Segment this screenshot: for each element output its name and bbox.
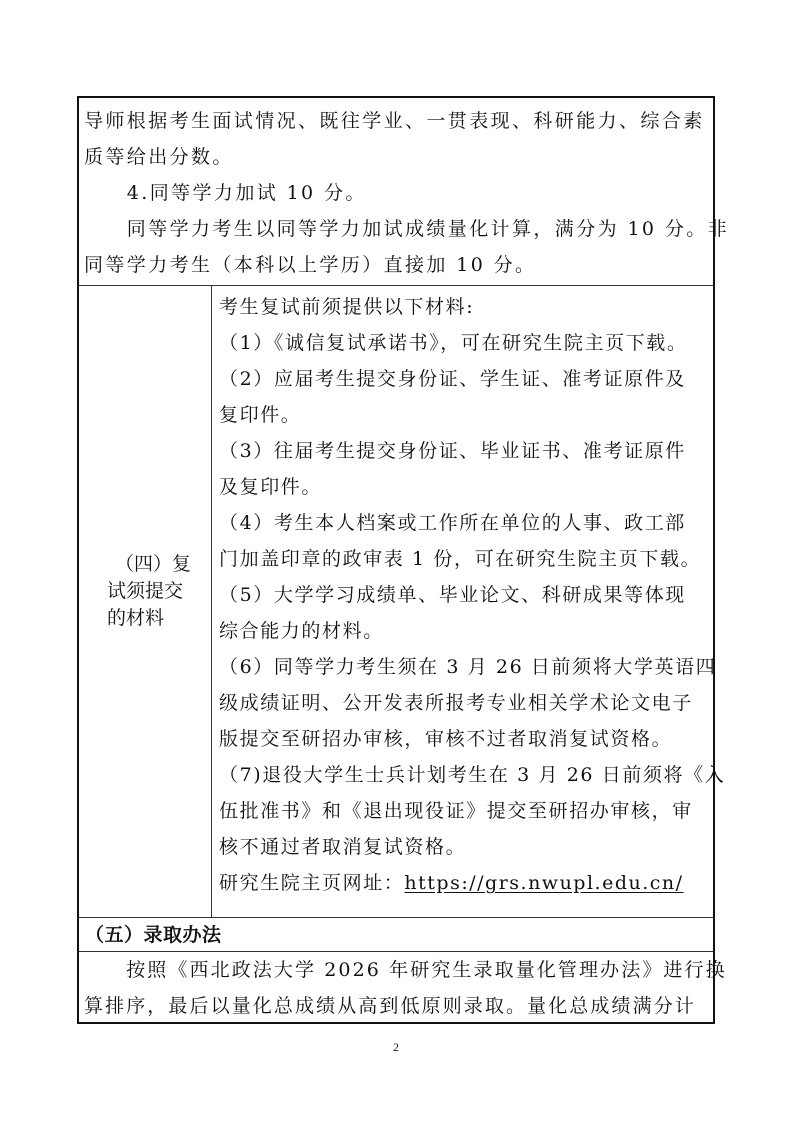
homepage-label: 研究生院主页网址：	[219, 872, 404, 894]
materials-label: （四）复 试须提交 的材料	[107, 551, 191, 632]
material-item-2-cont: 复印件。	[219, 397, 725, 433]
text-line: 算排序，最后以量化总成绩从高到低原则录取。量化总成绩满分计	[84, 988, 727, 1024]
material-item-7: （7)退役大学生士兵计划考生在 3 月 26 日前须将《入	[219, 757, 725, 793]
materials-content-cell: 考生复试前须提供以下材料: （1）《诚信复试承诺书》，可在研究生院主页下载。 （…	[212, 286, 713, 917]
material-item-7-cont2: 核不通过者取消复试资格。	[219, 829, 725, 865]
admission-table: 导师根据考生面试情况、既往学业、一贯表现、科研能力、综合素 质等给出分数。 4.…	[77, 96, 715, 1024]
label-line: 的材料	[107, 605, 191, 632]
section-title: （五）录取办法	[85, 921, 222, 949]
materials-label-cell: （四）复 试须提交 的材料	[79, 286, 212, 917]
admission-method-heading-row: （五）录取办法	[79, 918, 713, 952]
homepage-line: 研究生院主页网址：https://grs.nwupl.edu.cn/	[219, 865, 725, 901]
material-item-5: （5）大学学习成绩单、毕业论文、科研成果等体现	[219, 577, 725, 613]
material-item-4-cont: 门加盖印章的政审表 1 份，可在研究生院主页下载。	[219, 541, 725, 577]
text-line: 同等学力考生以同等学力加试成绩量化计算，满分为 10 分。非	[84, 211, 729, 247]
text-line: 4.同等学力加试 10 分。	[84, 175, 729, 211]
document-page: 导师根据考生面试情况、既往学业、一贯表现、科研能力、综合素 质等给出分数。 4.…	[0, 0, 793, 1122]
label-line: （四）复	[107, 551, 191, 578]
material-item-2: （2）应届考生提交身份证、学生证、准考证原件及	[219, 361, 725, 397]
text-line: 质等给出分数。	[84, 139, 729, 175]
page-number: 2	[393, 1040, 399, 1055]
text-line: 按照《西北政法大学 2026 年研究生录取量化管理办法》进行换	[84, 952, 727, 988]
material-item-4: （4）考生本人档案或工作所在单位的人事、政工部	[219, 505, 725, 541]
material-item-6: （6）同等学力考生须在 3 月 26 日前须将大学英语四	[219, 649, 725, 685]
material-item-1: （1）《诚信复试承诺书》，可在研究生院主页下载。	[219, 325, 725, 361]
text-line: 同等学力考生（本科以上学历）直接加 10 分。	[84, 247, 729, 283]
material-item-3: （3）往届考生提交身份证、毕业证书、准考证原件	[219, 433, 725, 469]
materials-row: （四）复 试须提交 的材料 考生复试前须提供以下材料: （1）《诚信复试承诺书》…	[79, 286, 713, 918]
scoring-paragraph: 导师根据考生面试情况、既往学业、一贯表现、科研能力、综合素 质等给出分数。 4.…	[84, 103, 729, 283]
materials-list: 考生复试前须提供以下材料: （1）《诚信复试承诺书》，可在研究生院主页下载。 （…	[219, 289, 725, 901]
label-line: 试须提交	[107, 578, 191, 605]
admission-method-row: 按照《西北政法大学 2026 年研究生录取量化管理办法》进行换 算排序，最后以量…	[79, 952, 713, 1024]
materials-intro: 考生复试前须提供以下材料:	[219, 289, 725, 325]
material-item-5-cont: 综合能力的材料。	[219, 613, 725, 649]
text-line: 导师根据考生面试情况、既往学业、一贯表现、科研能力、综合素	[84, 103, 729, 139]
material-item-3-cont: 及复印件。	[219, 469, 725, 505]
admission-method-paragraph: 按照《西北政法大学 2026 年研究生录取量化管理办法》进行换 算排序，最后以量…	[84, 952, 727, 1024]
material-item-7-cont: 伍批准书》和《退出现役证》提交至研招办审核，审	[219, 793, 725, 829]
material-item-6-cont2: 版提交至研招办审核，审核不过者取消复试资格。	[219, 721, 725, 757]
material-item-6-cont: 级成绩证明、公开发表所报考专业相关学术论文电子	[219, 685, 725, 721]
scoring-continuation-row: 导师根据考生面试情况、既往学业、一贯表现、科研能力、综合素 质等给出分数。 4.…	[79, 98, 713, 286]
homepage-url-link[interactable]: https://grs.nwupl.edu.cn/	[404, 872, 683, 894]
